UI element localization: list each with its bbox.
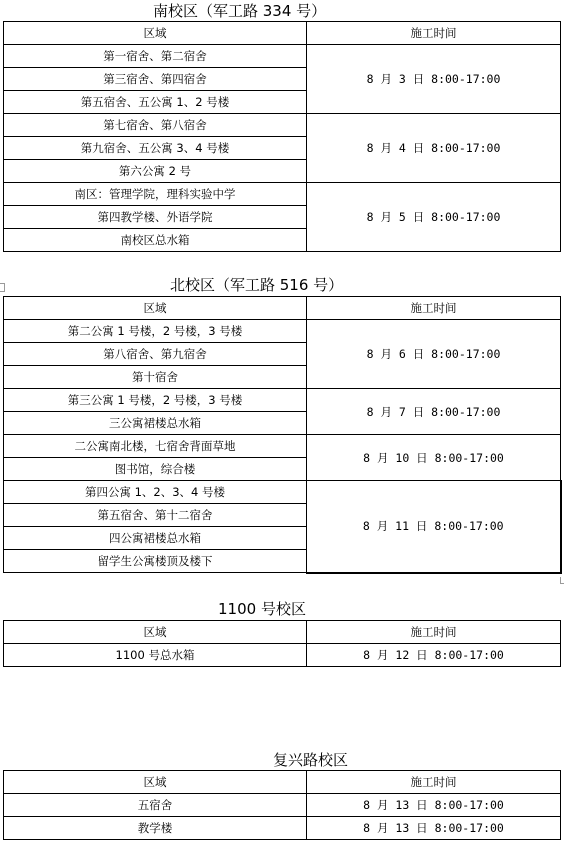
table-anchor-marker[interactable] <box>0 283 5 292</box>
time-cell: 8 月 12 日 8:00-17:00 <box>307 644 561 667</box>
column-header-time: 施工时间 <box>307 771 561 794</box>
schedule-table-fuxing: 区域 施工时间 五宿舍 8 月 13 日 8:00-17:00 教学楼 8 月 … <box>3 770 561 840</box>
table-row: 第四公寓 1、2、3、4 号楼 8 月 11 日 8:00-17:00 <box>4 481 561 504</box>
table-row: 教学楼 8 月 13 日 8:00-17:00 <box>4 817 561 840</box>
column-header-area: 区域 <box>4 22 307 45</box>
time-cell: 8 月 6 日 8:00-17:00 <box>307 320 561 389</box>
time-cell: 8 月 10 日 8:00-17:00 <box>307 435 561 481</box>
table-row: 第三公寓 1 号楼，2 号楼，3 号楼 8 月 7 日 8:00-17:00 <box>4 389 561 412</box>
area-cell: 图书馆，综合楼 <box>4 458 307 481</box>
table-header-row: 区域 施工时间 <box>4 771 561 794</box>
time-cell: 8 月 3 日 8:00-17:00 <box>307 45 561 114</box>
area-cell: 第四公寓 1、2、3、4 号楼 <box>4 481 307 504</box>
area-cell: 五宿舍 <box>4 794 307 817</box>
area-cell: 第八宿舍、第九宿舍 <box>4 343 307 366</box>
area-cell: 第三宿舍、第四宿舍 <box>4 68 307 91</box>
schedule-table-1100: 区域 施工时间 1100 号总水箱 8 月 12 日 8:00-17:00 <box>3 620 561 667</box>
area-cell: 留学生公寓楼顶及楼下 <box>4 550 307 573</box>
area-cell: 第四教学楼、外语学院 <box>4 206 307 229</box>
table-row: 五宿舍 8 月 13 日 8:00-17:00 <box>4 794 561 817</box>
table-header-row: 区域 施工时间 <box>4 621 561 644</box>
table-header-row: 区域 施工时间 <box>4 297 561 320</box>
area-cell: 南区：管理学院，理科实验中学 <box>4 183 307 206</box>
section-title-1100: 1100 号校区 <box>218 600 306 618</box>
table-row: 南区：管理学院，理科实验中学 8 月 5 日 8:00-17:00 <box>4 183 561 206</box>
area-cell: 第五宿舍、第十二宿舍 <box>4 504 307 527</box>
column-header-area: 区域 <box>4 297 307 320</box>
table-resize-handle[interactable] <box>560 577 564 584</box>
area-cell: 第二公寓 1 号楼，2 号楼，3 号楼 <box>4 320 307 343</box>
time-cell: 8 月 4 日 8:00-17:00 <box>307 114 561 183</box>
section-title-fuxing: 复兴路校区 <box>273 751 348 769</box>
table-row: 第七宿舍、第八宿舍 8 月 4 日 8:00-17:00 <box>4 114 561 137</box>
area-cell: 第一宿舍、第二宿舍 <box>4 45 307 68</box>
column-header-area: 区域 <box>4 771 307 794</box>
area-cell: 第九宿舍、五公寓 3、4 号楼 <box>4 137 307 160</box>
area-cell: 第十宿舍 <box>4 366 307 389</box>
schedule-table-north: 区域 施工时间 第二公寓 1 号楼，2 号楼，3 号楼 8 月 6 日 8:00… <box>3 296 562 574</box>
table-row: 第二公寓 1 号楼，2 号楼，3 号楼 8 月 6 日 8:00-17:00 <box>4 320 561 343</box>
time-cell: 8 月 11 日 8:00-17:00 <box>307 481 561 573</box>
area-cell: 第五宿舍、五公寓 1、2 号楼 <box>4 91 307 114</box>
section-title-south: 南校区（军工路 334 号） <box>153 2 326 20</box>
schedule-table-south: 区域 施工时间 第一宿舍、第二宿舍 8 月 3 日 8:00-17:00 第三宿… <box>3 21 561 252</box>
area-cell: 第三公寓 1 号楼，2 号楼，3 号楼 <box>4 389 307 412</box>
column-header-time: 施工时间 <box>307 297 561 320</box>
section-title-north: 北校区（军工路 516 号） <box>170 276 343 294</box>
table-row: 1100 号总水箱 8 月 12 日 8:00-17:00 <box>4 644 561 667</box>
time-cell: 8 月 5 日 8:00-17:00 <box>307 183 561 252</box>
area-cell: 南校区总水箱 <box>4 229 307 252</box>
column-header-area: 区域 <box>4 621 307 644</box>
time-cell: 8 月 13 日 8:00-17:00 <box>307 794 561 817</box>
column-header-time: 施工时间 <box>307 22 561 45</box>
area-cell: 四公寓裙楼总水箱 <box>4 527 307 550</box>
area-cell: 1100 号总水箱 <box>4 644 307 667</box>
area-cell: 三公寓裙楼总水箱 <box>4 412 307 435</box>
table-row: 第一宿舍、第二宿舍 8 月 3 日 8:00-17:00 <box>4 45 561 68</box>
time-cell: 8 月 7 日 8:00-17:00 <box>307 389 561 435</box>
area-cell: 第七宿舍、第八宿舍 <box>4 114 307 137</box>
time-cell: 8 月 13 日 8:00-17:00 <box>307 817 561 840</box>
column-header-time: 施工时间 <box>307 621 561 644</box>
table-header-row: 区域 施工时间 <box>4 22 561 45</box>
area-cell: 教学楼 <box>4 817 307 840</box>
table-row: 二公寓南北楼，七宿舍背面草地 8 月 10 日 8:00-17:00 <box>4 435 561 458</box>
area-cell: 第六公寓 2 号 <box>4 160 307 183</box>
area-cell: 二公寓南北楼，七宿舍背面草地 <box>4 435 307 458</box>
